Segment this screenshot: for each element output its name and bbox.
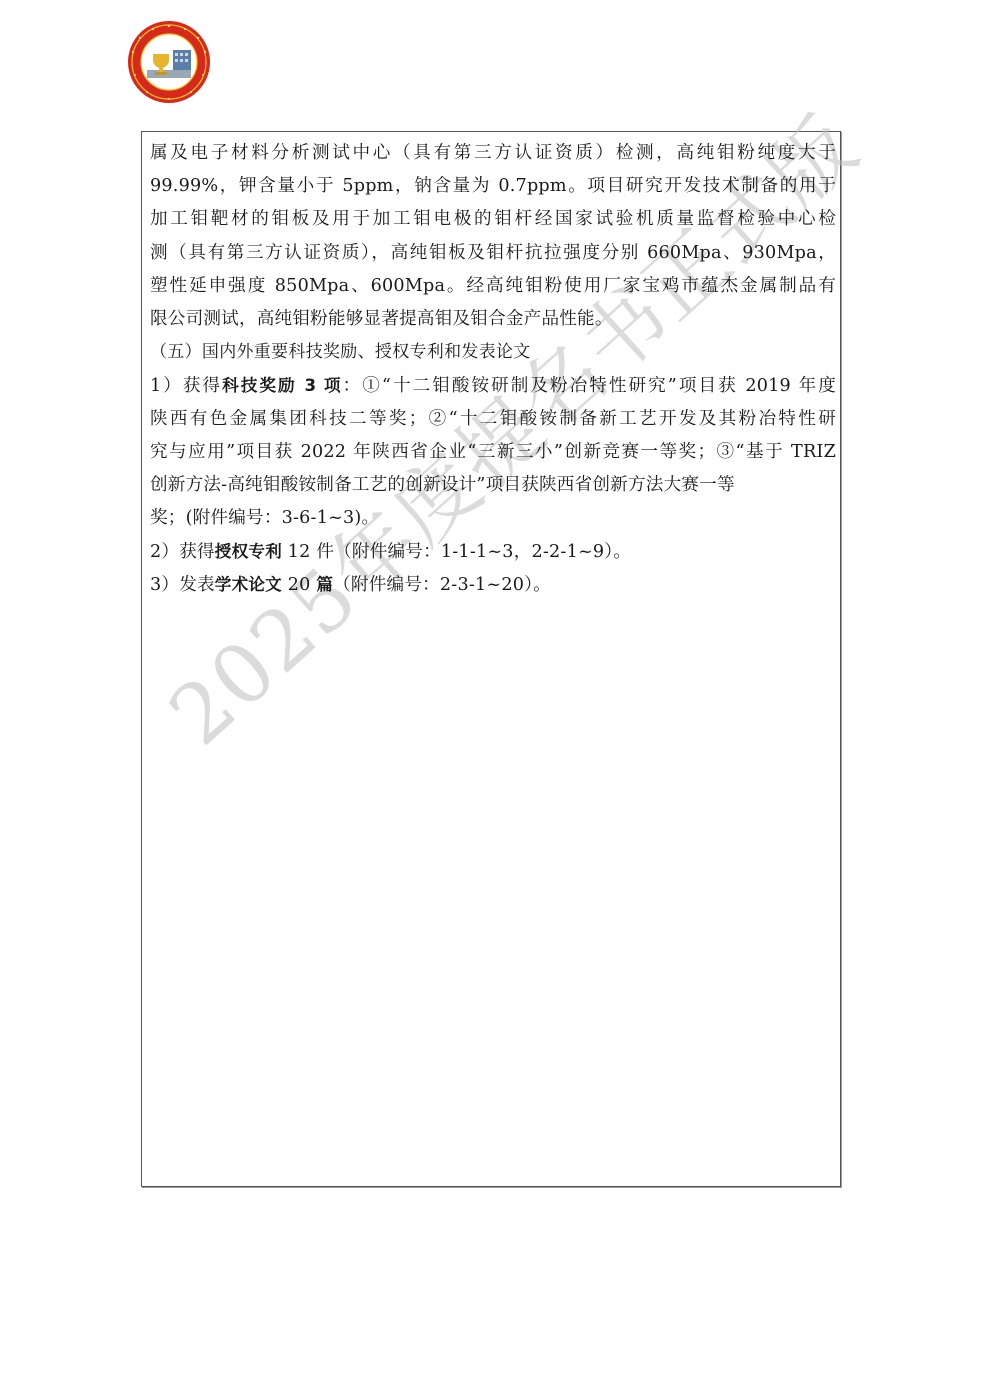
paragraph-line: 限公司测试，高纯钼粉能够显著提高钼及钼合金产品性能。 [150,303,836,336]
document-body: 属及电子材料分析测试中心（具有第三方认证资质）检测，高纯钼粉纯度大于 99.99… [150,137,836,602]
papers-item: 3）发表学术论文 20 篇（附件编号：2-3-1~20）。 [150,568,836,601]
organization-seal-logo [127,20,211,104]
paragraph-line: 加工钼靶材的钼板及用于加工钼电极的钼杆经国家试验机质量监督检验中心检 [150,203,836,236]
papers-label: 学术论文 [215,575,282,594]
patents-detail: 12 件（附件编号：1-1-1~3，2-2-1~9）。 [282,542,631,562]
awards-line: 究与应用”项目获 2022 年陕西省企业“三新三小”创新竞赛一等奖；③“基于 T… [150,436,836,469]
patents-item: 2）获得授权专利 12 件（附件编号：1-1-1~3，2-2-1~9）。 [150,535,836,568]
patents-prefix: 2）获得 [150,542,215,562]
section-heading: （五）国内外重要科技奖励、授权专利和发表论文 [150,336,836,369]
papers-count: 20 [282,575,316,595]
seal-icon [127,20,211,104]
papers-detail: （附件编号：2-3-1~20）。 [333,575,551,595]
paragraph-line: 99.99%，钾含量小于 5ppm，钠含量为 0.7ppm。项目研究开发技术制备… [150,170,836,203]
awards-line-rest: ：①“十二钼酸铵研制及粉冶特性研究”项目获 2019 年度 [343,376,836,396]
awards-item: 1）获得科技奖励 3 项：①“十二钼酸铵研制及粉冶特性研究”项目获 2019 年… [150,369,836,535]
awards-line: 奖；(附件编号：3-6-1~3)。 [150,502,836,535]
papers-prefix: 3）发表 [150,575,215,595]
awards-count: 科技奖励 3 项 [222,376,343,395]
paragraph-line: 塑性延申强度 850Mpa、600Mpa。经高纯钼粉使用厂家宝鸡市蕴杰金属制品有 [150,270,836,303]
paragraph-line: 属及电子材料分析测试中心（具有第三方认证资质）检测，高纯钼粉纯度大于 [150,137,836,170]
achievement-paragraph: 属及电子材料分析测试中心（具有第三方认证资质）检测，高纯钼粉纯度大于 99.99… [150,137,836,336]
awards-prefix: 1）获得 [150,376,222,396]
paragraph-line: 测（具有第三方认证资质），高纯钼板及钼杆抗拉强度分别 660Mpa、930Mpa… [150,237,836,270]
papers-unit: 篇 [316,575,333,594]
awards-line-1: 1）获得科技奖励 3 项：①“十二钼酸铵研制及粉冶特性研究”项目获 2019 年… [150,369,836,402]
awards-line: 陕西有色金属集团科技二等奖；②“十二钼酸铵制备新工艺开发及其粉冶特性研 [150,403,836,436]
patents-label: 授权专利 [215,542,282,561]
awards-line: 创新方法-高纯钼酸铵制备工艺的创新设计”项目获陕西省创新方法大赛一等 [150,469,836,502]
